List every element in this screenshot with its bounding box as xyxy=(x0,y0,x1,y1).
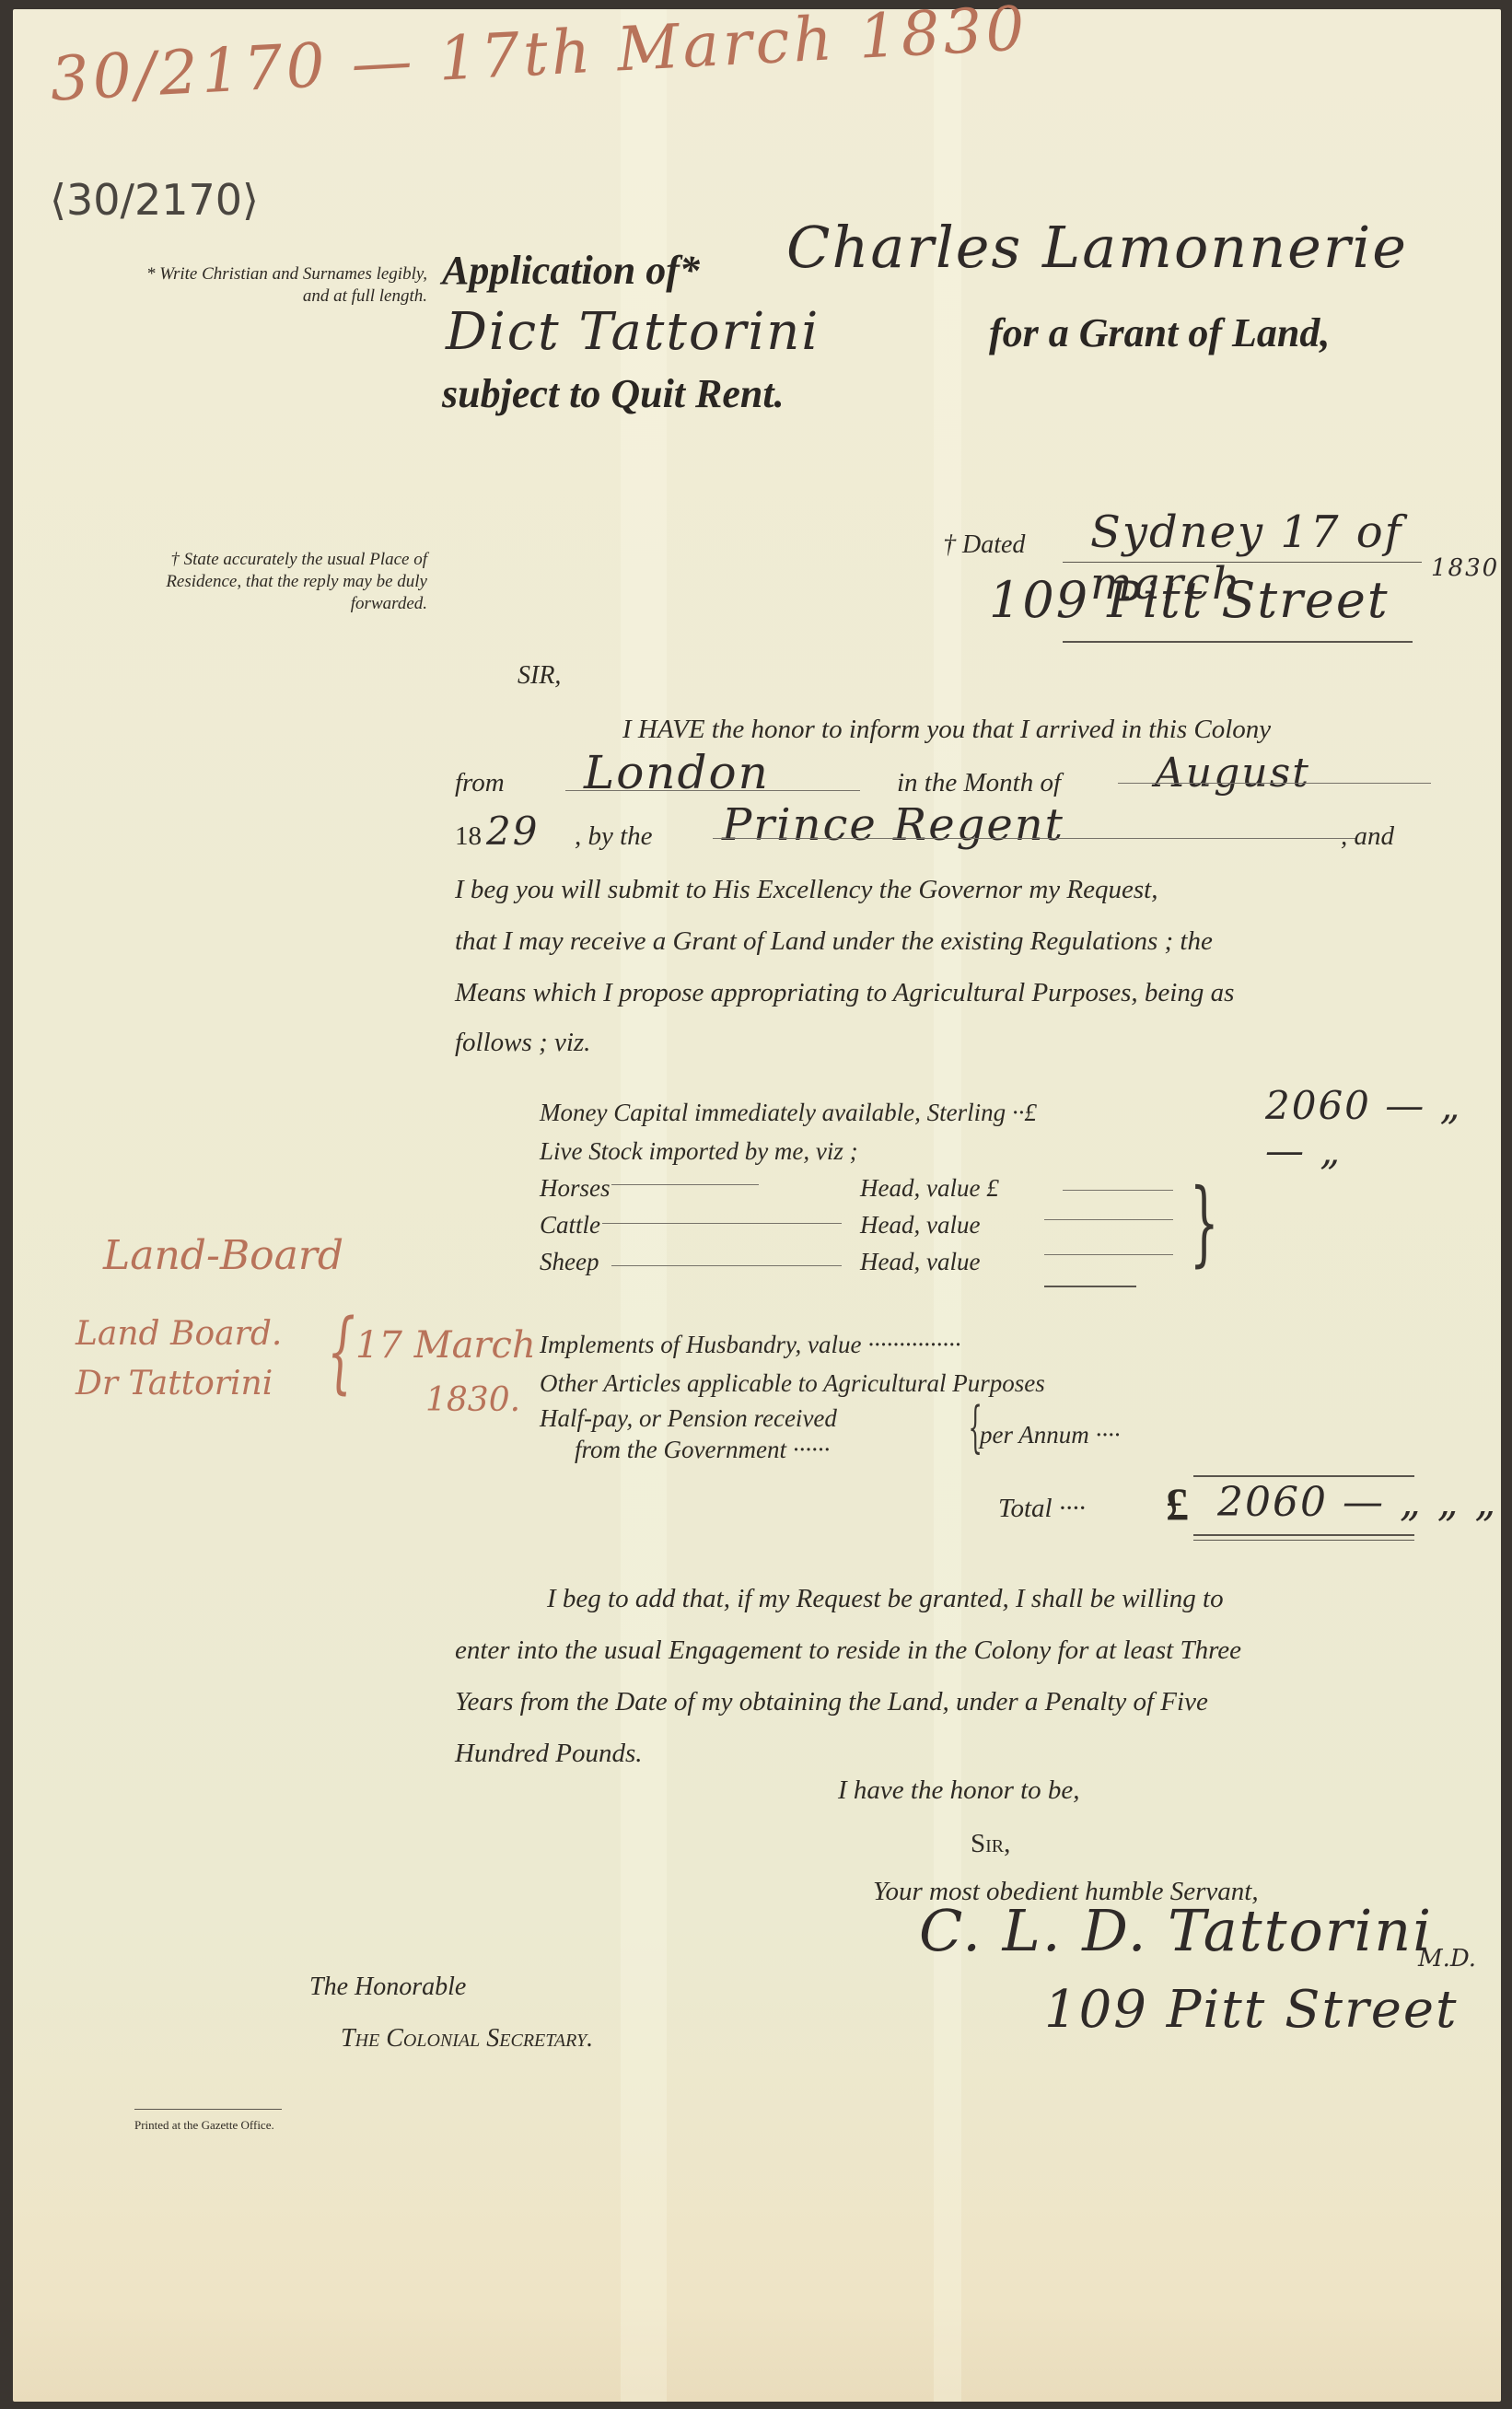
livestock-kind: Horses xyxy=(540,1171,611,1204)
applicant-name-second: Dict Tattorini xyxy=(446,302,820,362)
addressee-line-2: The Colonial Secretary. xyxy=(341,2022,593,2055)
money-capital-value[interactable]: 2060 — „ — „ xyxy=(1265,1083,1501,1173)
per-annum-label: per Annum ···· xyxy=(980,1418,1121,1451)
year-value[interactable]: 29 xyxy=(486,809,539,854)
and-label: , and xyxy=(1341,820,1394,853)
letter-line-1: I HAVE the honor to inform you that I ar… xyxy=(622,713,1271,746)
archive-reference-number: ⟨30/2170⟩ xyxy=(50,175,259,225)
signature: C. L. D. Tattorini xyxy=(919,1897,1433,1964)
livestock-value-label: Head, value xyxy=(860,1208,980,1241)
applicant-name-first: Charles Lamonnerie xyxy=(786,214,1408,281)
printer-imprint: Printed at the Gazette Office. xyxy=(134,2118,274,2133)
dated-address: 109 Pitt Street xyxy=(989,571,1390,629)
paper-fold xyxy=(934,9,961,2402)
salutation: SIR, xyxy=(518,661,561,691)
letter-line-7: follows ; viz. xyxy=(455,1026,590,1059)
letter-line-4: I beg you will submit to His Excellency … xyxy=(455,873,1157,906)
by-the-label: , by the xyxy=(575,820,653,853)
year-prefix: 18 xyxy=(455,820,482,853)
signature-suffix: M.D. xyxy=(1418,1945,1476,1973)
document-page: 30/2170 — 17th March 1830 ⟨30/2170⟩ * Wr… xyxy=(13,9,1501,2402)
livestock-kind: Cattle xyxy=(540,1208,600,1241)
livestock-kind: Sheep xyxy=(540,1245,599,1278)
archive-header-annotation: 30/2170 — 17th March 1830 xyxy=(49,0,1030,115)
livestock-value-label: Head, value xyxy=(860,1245,980,1278)
closing-line-1: I beg to add that, if my Request be gran… xyxy=(547,1582,1224,1615)
closing-honor: I have the honor to be, xyxy=(838,1774,1080,1807)
halfpay-label-2: from the Government ······ xyxy=(575,1433,830,1466)
from-label: from xyxy=(455,766,505,799)
margin-note-residence-instruction: † State accurately the usual Place of Re… xyxy=(142,549,427,615)
heading-for-grant: for a Grant of Land, xyxy=(989,309,1330,356)
annotation-brace: { xyxy=(327,1308,355,1396)
closing-line-4: Hundred Pounds. xyxy=(455,1737,643,1770)
implements-label: Implements of Husbandry, value ·········… xyxy=(540,1328,960,1361)
livestock-value-label: Head, value £ xyxy=(860,1171,999,1204)
annotation-land-board: Land-Board xyxy=(103,1232,343,1279)
letter-line-6: Means which I propose appropriating to A… xyxy=(455,976,1234,1009)
closing-line-3: Years from the Date of my obtaining the … xyxy=(455,1685,1208,1718)
heading-application-of: Application of* xyxy=(442,247,700,294)
from-value[interactable]: London xyxy=(584,746,770,799)
annotation-date-year: 1830. xyxy=(425,1381,520,1419)
total-label: Total ···· xyxy=(998,1492,1086,1525)
livestock-brace: } xyxy=(1190,1177,1219,1269)
signature-address: 109 Pitt Street xyxy=(1044,1980,1459,2040)
letter-line-5: that I may receive a Grant of Land under… xyxy=(455,925,1213,958)
live-stock-label: Live Stock imported by me, viz ; xyxy=(540,1135,858,1168)
total-value[interactable]: 2060 — „ „ „ xyxy=(1217,1479,1497,1526)
halfpay-label-1: Half-pay, or Pension received xyxy=(540,1402,837,1435)
total-currency: £ xyxy=(1166,1477,1189,1530)
margin-note-name-instruction: * Write Christian and Surnames legibly, … xyxy=(142,263,427,308)
money-capital-label: Money Capital immediately available, Ste… xyxy=(540,1096,1037,1129)
ship-value[interactable]: Prince Regent xyxy=(722,799,1064,851)
paper-fold xyxy=(621,9,667,2402)
annotation-dr-tattorini: Dr Tattorini xyxy=(76,1365,273,1402)
closing-line-2: enter into the usual Engagement to resid… xyxy=(455,1634,1241,1667)
closing-sir: Sir, xyxy=(971,1827,1010,1860)
addressee-line-1: The Honorable xyxy=(309,1971,466,2004)
annotation-land-board-2: Land Board. xyxy=(76,1315,282,1353)
month-value[interactable]: August xyxy=(1155,750,1310,797)
month-label: in the Month of xyxy=(897,766,1061,799)
annotation-date-day: 17 March xyxy=(355,1324,536,1367)
dated-year: 1830 xyxy=(1431,554,1499,582)
heading-subject-to: subject to Quit Rent. xyxy=(442,370,785,417)
dated-label: † Dated xyxy=(943,530,1025,560)
